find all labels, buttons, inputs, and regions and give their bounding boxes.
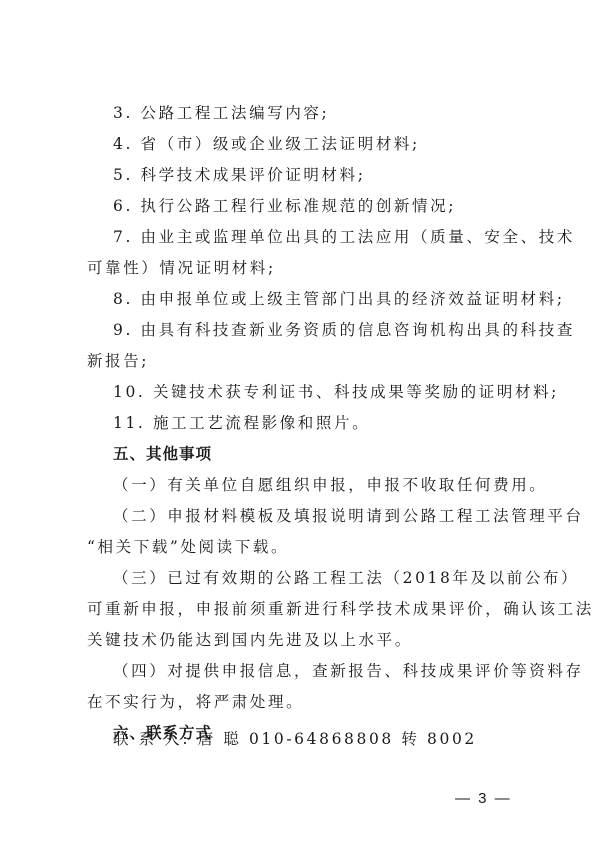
- text-line: 可靠性）情况证明材料;: [87, 259, 517, 277]
- text-line: （四）对提供申报信息，查新报告、科技成果评价等资料存: [113, 662, 543, 680]
- page-number: — 3 —: [455, 790, 512, 807]
- text-line: 11. 施工工艺流程影像和照片。: [113, 414, 543, 432]
- text-line: 9. 由具有科技查新业务资质的信息咨询机构出具的科技查: [113, 321, 543, 339]
- text-line: 5. 科学技术成果评价证明材料;: [113, 166, 543, 184]
- document-page: 3. 公路工程工法编写内容;4. 省（市）级或企业级工法证明材料;5. 科学技术…: [0, 0, 600, 849]
- text-line: 4. 省（市）级或企业级工法证明材料;: [113, 135, 543, 153]
- text-line: （二）申报材料模板及填报说明请到公路工程工法管理平台: [113, 507, 543, 525]
- text-line: （三）已过有效期的公路工程工法（2018年及以前公布）: [113, 569, 543, 587]
- text-line: 3. 公路工程工法编写内容;: [113, 104, 543, 122]
- text-line: 可重新申报，申报前须重新进行科学技术成果评价，确认该工法: [87, 600, 517, 618]
- section-heading: 五、其他事项: [113, 445, 543, 463]
- text-line: （一）有关单位自愿组织申报，申报不收取任何费用。: [113, 476, 543, 494]
- text-line: 10. 关键技术获专利证书、科技成果等奖励的证明材料;: [113, 383, 543, 401]
- text-line: 7. 由业主或监理单位出具的工法应用（质量、安全、技术: [113, 228, 543, 246]
- text-line: 关键技术仍能达到国内先进及以上水平。: [87, 631, 517, 649]
- text-line: 联 系 人: 唐 聪 010-64868808 转 8002: [113, 730, 543, 748]
- text-line: 8. 由申报单位或上级主管部门出具的经济效益证明材料;: [113, 290, 543, 308]
- text-line: 在不实行为，将严肃处理。: [87, 693, 517, 711]
- text-line: 6. 执行公路工程行业标准规范的创新情况;: [113, 197, 543, 215]
- text-line: 新报告;: [87, 352, 517, 370]
- text-line: “相关下载”处阅读下载。: [87, 538, 517, 556]
